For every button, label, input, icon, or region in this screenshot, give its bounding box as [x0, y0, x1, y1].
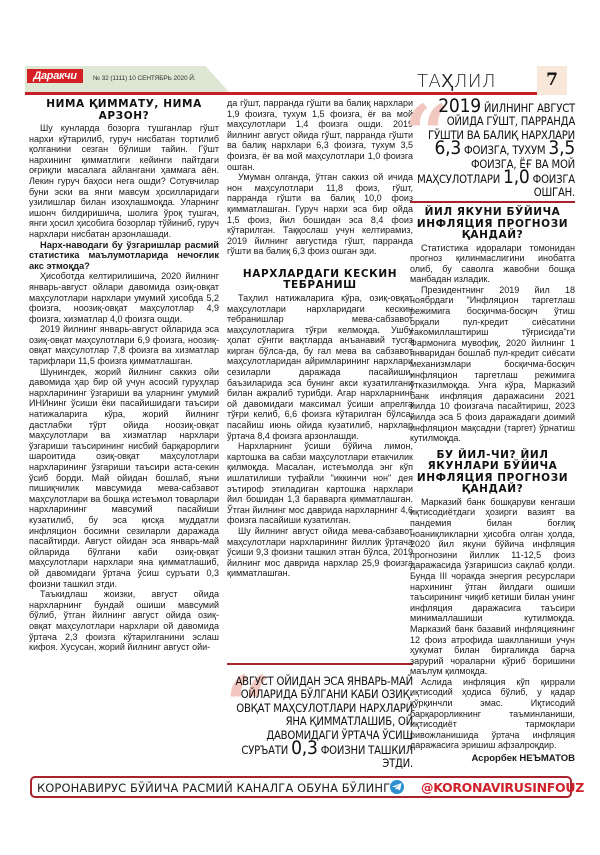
issue-info: № 32 (1111) 10 СЕНТЯБРЬ 2020 Й.	[93, 75, 196, 82]
article-column-1: НИМА ҚИММАТУ, НИМА АРЗОН? Шу кунларда бо…	[29, 98, 219, 653]
author-byline: Асрорбек НЕЪМАТОВ	[410, 754, 575, 765]
pull-quote-text: АВГУСТ ОЙИДАН ЭСА ЯНВАРЬ-МАЙ ОЙЛАРИДА БЎ…	[227, 665, 413, 771]
page-number-box: 7	[537, 66, 567, 95]
paragraph: Шунингдек, жорий йилнинг саккиз ойи даво…	[29, 367, 219, 589]
paragraph: Ҳисоботда келтирилишича, 2020 йилнинг ян…	[29, 271, 219, 324]
quote-rule	[410, 201, 575, 203]
page-number: 7	[537, 70, 567, 90]
paragraph: Таъкидлаш жоизки, август ойида нархларни…	[29, 589, 219, 653]
paragraph: Шу кунларда бозорга тушганлар гўшт нархи…	[29, 123, 219, 240]
paragraph: да гўшт, парранда гўшти ва балиқ нархлар…	[227, 98, 413, 172]
paragraph: 2019 йилнинг январь-август ойларида эса …	[29, 324, 219, 366]
article-column-3: ЙИЛ ЯКУНИ БЎЙИЧА ИНФЛЯЦИЯ ПРОГНОЗИ ҚАНДА…	[410, 206, 575, 765]
telegram-banner[interactable]: КОРОНАВИРУС БЎЙИЧА РАСМИЙ КАНАЛГА ОБУНА …	[30, 776, 572, 798]
paragraph: Аслида инфляция кўп қиррали иқтисодий ҳо…	[410, 677, 575, 751]
newspaper-logo: Даракчи	[27, 69, 83, 83]
subheading: НИМА ҚИММАТУ, НИМА АРЗОН?	[29, 99, 219, 122]
pull-quote-text: 2019 ЙИЛНИНГ АВГУСТ ОЙИДА ГЎШТ, ПАРРАНДА…	[410, 98, 575, 200]
lead-question: Нарх-наводаги бу ўзгаришлар расмий стати…	[29, 240, 219, 272]
subheading: БУ ЙИЛ-ЧИ? ЙИЛ ЯКУНЛАРИ БЎЙИЧА ИНФЛЯЦИЯ …	[410, 450, 575, 496]
subheading: ЙИЛ ЯКУНИ БЎЙИЧА ИНФЛЯЦИЯ ПРОГНОЗИ ҚАНДА…	[410, 207, 575, 242]
article-column-2: да гўшт, парранда гўшти ва балиқ нархлар…	[227, 98, 413, 579]
paragraph: Марказий банк бошқаруви кенгаши иқтисоди…	[410, 497, 575, 677]
page-header: Даракчи № 32 (1111) 10 СЕНТЯБРЬ 2020 Й. …	[25, 66, 575, 96]
channel-handle-link[interactable]: @KORONAVIRUSINFOUZ	[421, 780, 584, 795]
pull-quote: “ АВГУСТ ОЙИДАН ЭСА ЯНВАРЬ-МАЙ ОЙЛАРИДА …	[227, 663, 413, 771]
paragraph: Шу йилнинг август ойида мева-сабзавот ма…	[227, 526, 413, 579]
paragraph: Президентнинг 2019 йил 18 ноябрдаги "Инф…	[410, 285, 575, 444]
subheading: НАРХЛАРДАГИ КЕСКИН ТЕБРАНИШ	[227, 269, 413, 292]
banner-text: КОРОНАВИРУС БЎЙИЧА РАСМИЙ КАНАЛГА ОБУНА …	[37, 781, 394, 795]
paragraph: Умуман олганда, ўтган саккиз ой ичида но…	[227, 172, 413, 257]
paragraph: Статистика идоралари томонидан прогноз қ…	[410, 243, 575, 285]
paragraph: Нархларнинг ўсиши бўйича лимон, картошка…	[227, 441, 413, 526]
pull-quote: “ 2019 ЙИЛНИНГ АВГУСТ ОЙИДА ГЎШТ, ПАРРАН…	[410, 98, 575, 200]
telegram-icon[interactable]	[390, 780, 404, 794]
paragraph: Таҳлил натижаларига кўра, озиқ-овқат маҳ…	[227, 293, 413, 441]
